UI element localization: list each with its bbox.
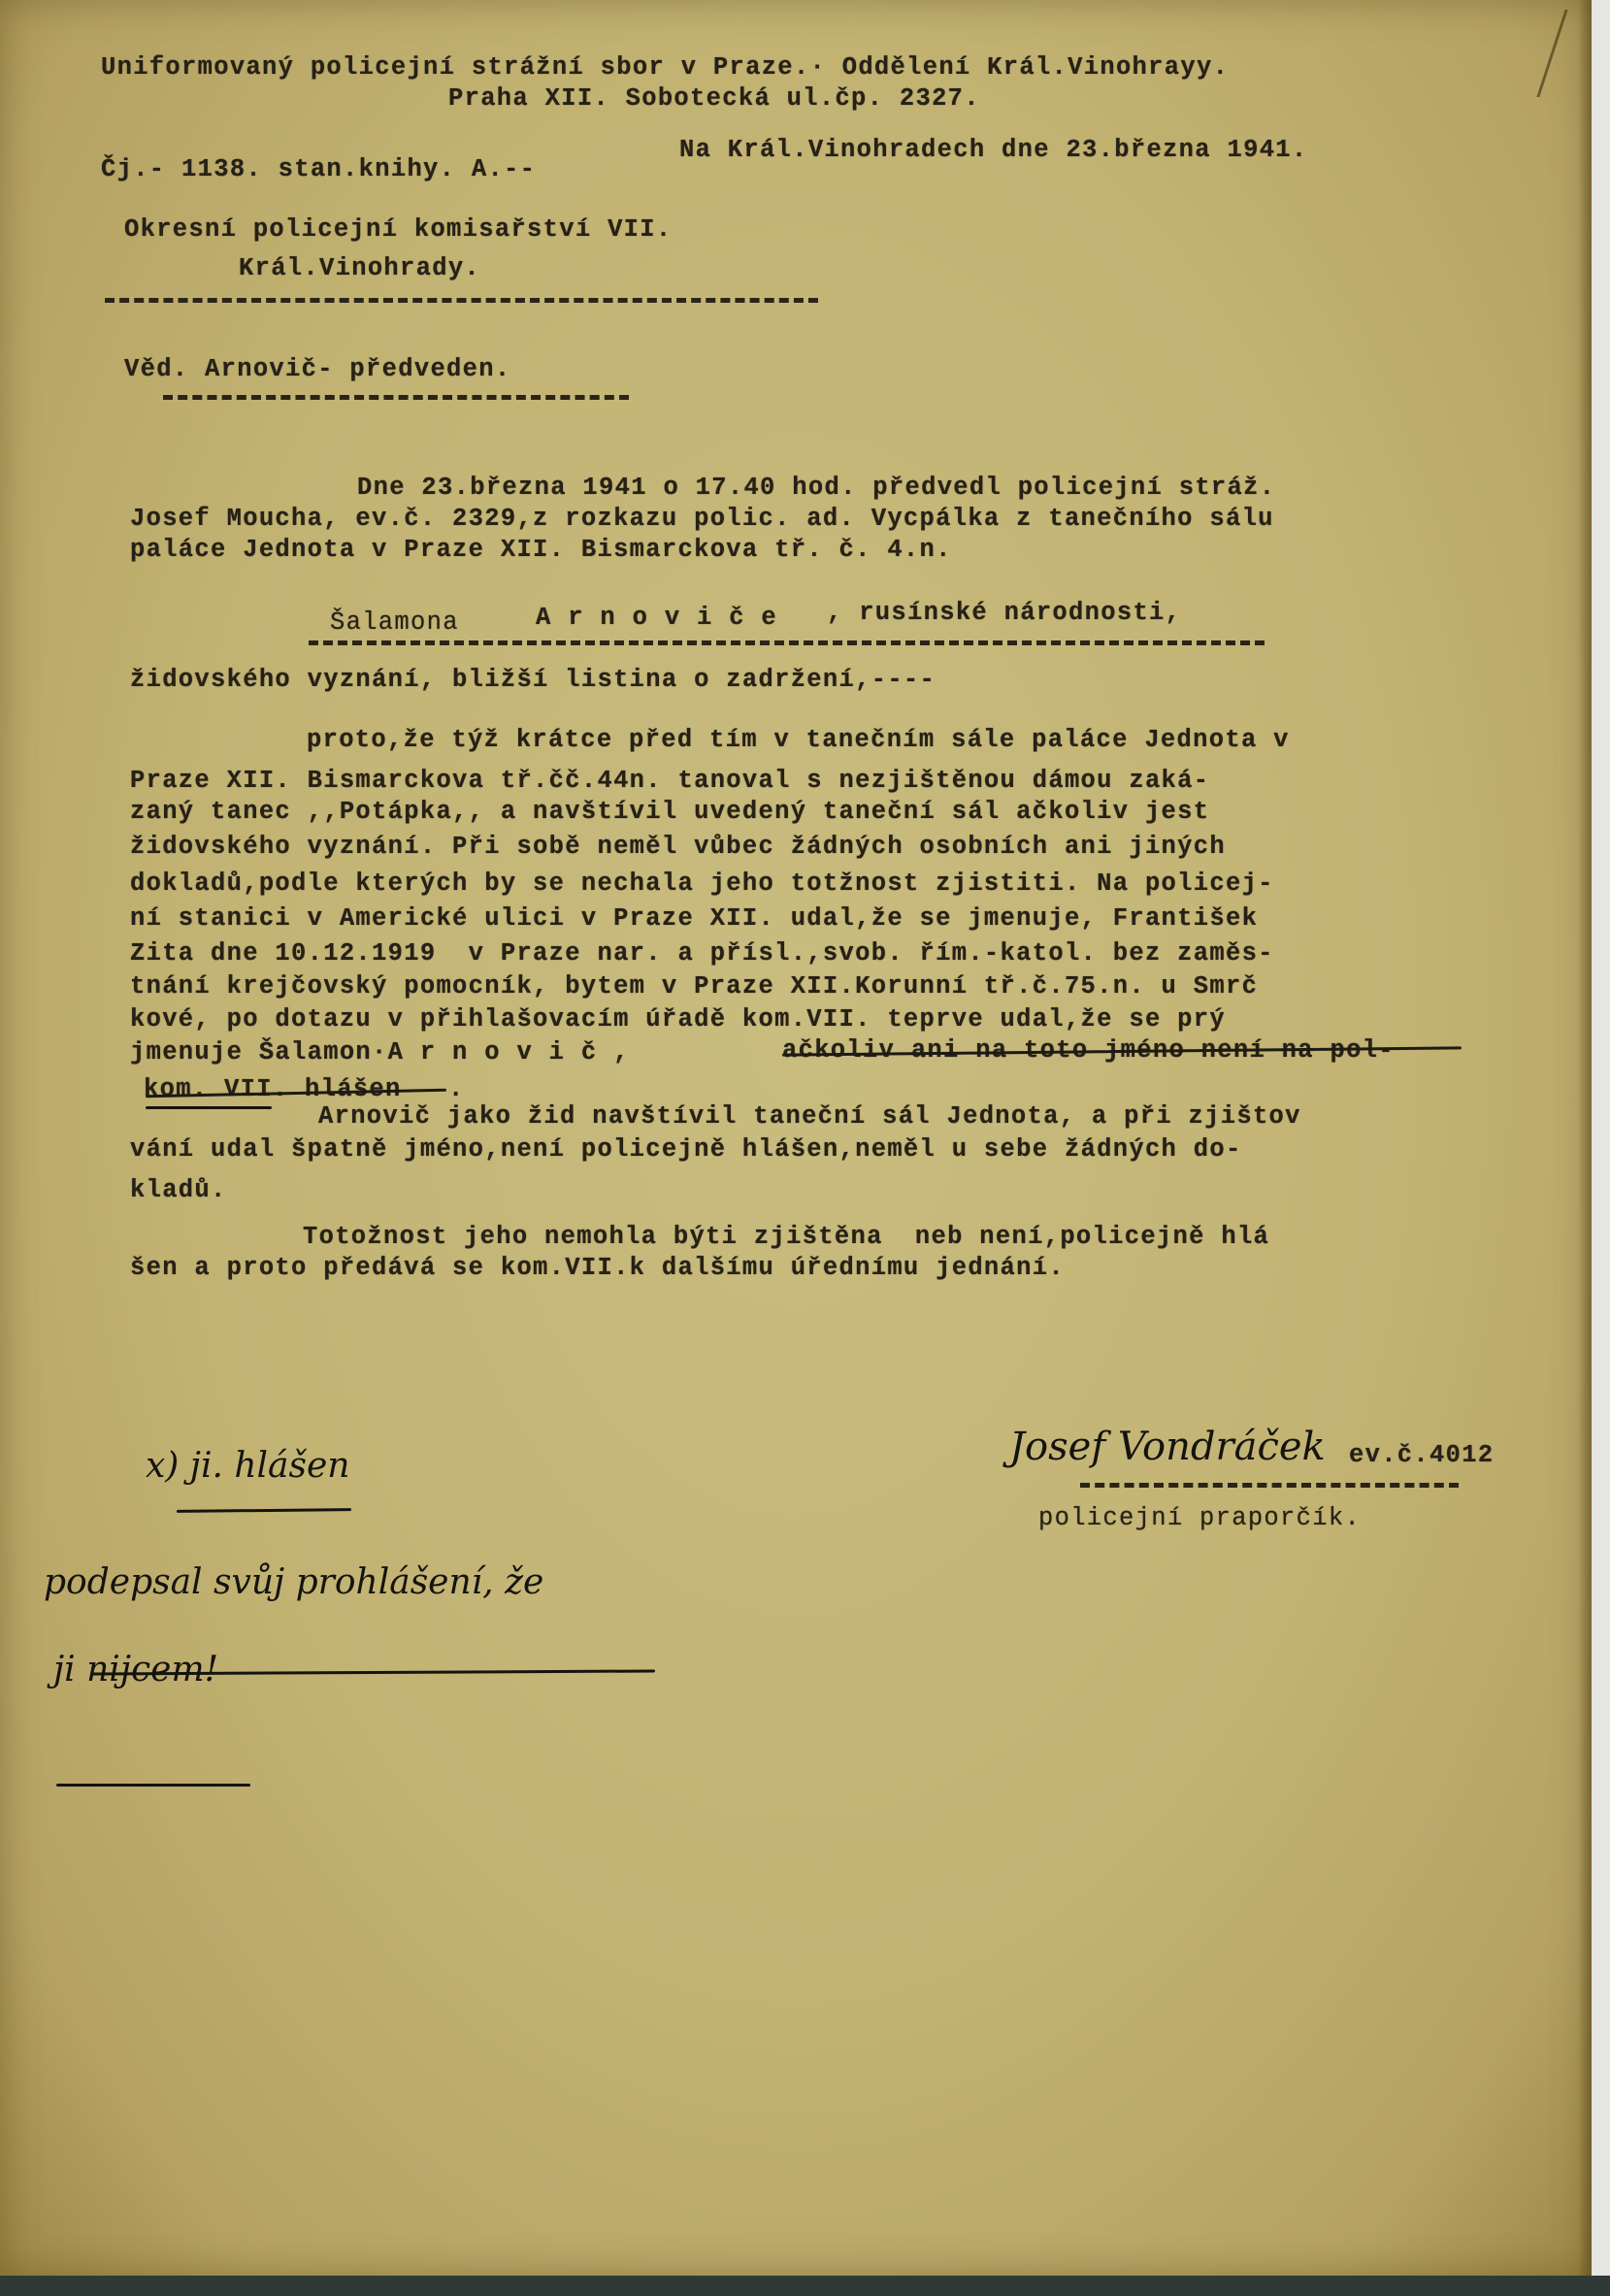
header-line-2: Praha XII. Sobotecká ul.čp. 2327. [448,84,980,114]
body-p2-name-line: jmenuje Šalamon·A r n o v i č , [130,1038,630,1067]
body-p3-line-2: vání udal špatně jméno,není policejně hl… [130,1135,1242,1164]
body-p1-line-1: Dne 23.března 1941 o 17.40 hod. předvedl… [357,474,1275,503]
subject-underline [163,395,629,400]
body-p4-line-1: Totožnost jeho nemohla býti zjištěna neb… [303,1223,1269,1252]
torn-corner [1536,10,1596,97]
body-p4-line-2: šen a proto předává se kom.VII.k dalšímu… [130,1254,1065,1283]
underline-kom [146,1106,272,1109]
body-p1-line-3: paláce Jednota v Praze XII. Bismarckova … [130,536,952,565]
person-nationality: , rusínské národnosti, [827,599,1181,628]
handwritten-note-1: x) ji. hlášen [146,1446,349,1486]
body-p2-line-8: tnání krejčovský pomocník, bytem v Praze… [130,972,1258,1001]
signature-underline [1080,1483,1459,1488]
body-p2-line-2: Praze XII. Bismarckova tř.čč.44n. tanova… [130,767,1209,796]
body-p2-line-9: kové, po dotazu v přihlašovacím úřadě ko… [130,1005,1226,1034]
document-page: Uniformovaný policejní strážní sbor v Pr… [0,0,1592,2276]
note-1-underline [177,1508,351,1513]
header-line-1: Uniformovaný policejní strážní sbor v Pr… [101,53,1229,82]
reference-number: Čj.- 1138. stan.knihy. A.-- [101,155,536,184]
note-3-underline [56,1784,250,1787]
person-first-name: Šalamona [330,608,459,638]
body-p1-line-2: Josef Moucha, ev.č. 2329,z rozkazu polic… [130,505,1274,534]
scan-margin-right [1592,0,1610,2276]
place-date: Na Král.Vinohradech dne 23.března 1941. [679,136,1308,165]
person-underline [309,640,1265,645]
body-p3-line-1: Arnovič jako žid navštívil taneční sál J… [318,1102,1301,1132]
body-p2-line-4: židovského vyznání. Při sobě neměl vůbec… [130,833,1226,862]
addressee-line-2: Král.Vinohrady. [239,254,480,283]
divider [105,298,818,303]
handwritten-signature: Josef Vondráček [1009,1425,1326,1469]
handwritten-note-2-line-2: ji nijcem! [53,1650,218,1689]
handwritten-note-2-line-1: podepsal svůj prohlášení, že [44,1562,543,1602]
scan-margin-bottom [0,2276,1610,2296]
ev-number: ev.č.4012 [1349,1441,1494,1470]
body-p2-line-5: dokladů,podle kterých by se nechala jeho… [130,869,1274,899]
body-p2-line-3: zaný tanec ,,Potápka,, a navštívil uvede… [130,798,1209,827]
body-p1-end: židovského vyznání, bližší listina o zad… [130,666,936,695]
body-p2-line-6: ní stanici v Americké ulici v Praze XII.… [130,904,1258,934]
line-end-period: . [448,1075,465,1104]
person-surname: A r n o v i č e [536,604,777,633]
addressee-line-1: Okresní policejní komisařství VII. [124,215,672,245]
subject: Věd. Arnovič- předveden. [124,355,510,384]
body-p3-line-3: kladů. [130,1176,227,1205]
signature-title: policejní praporčík. [1038,1504,1361,1533]
body-p2-line-7: Zita dne 10.12.1919 v Praze nar. a přísl… [130,939,1274,968]
body-p2-line-1: proto,že týž krátce před tím v tanečním … [307,726,1290,755]
